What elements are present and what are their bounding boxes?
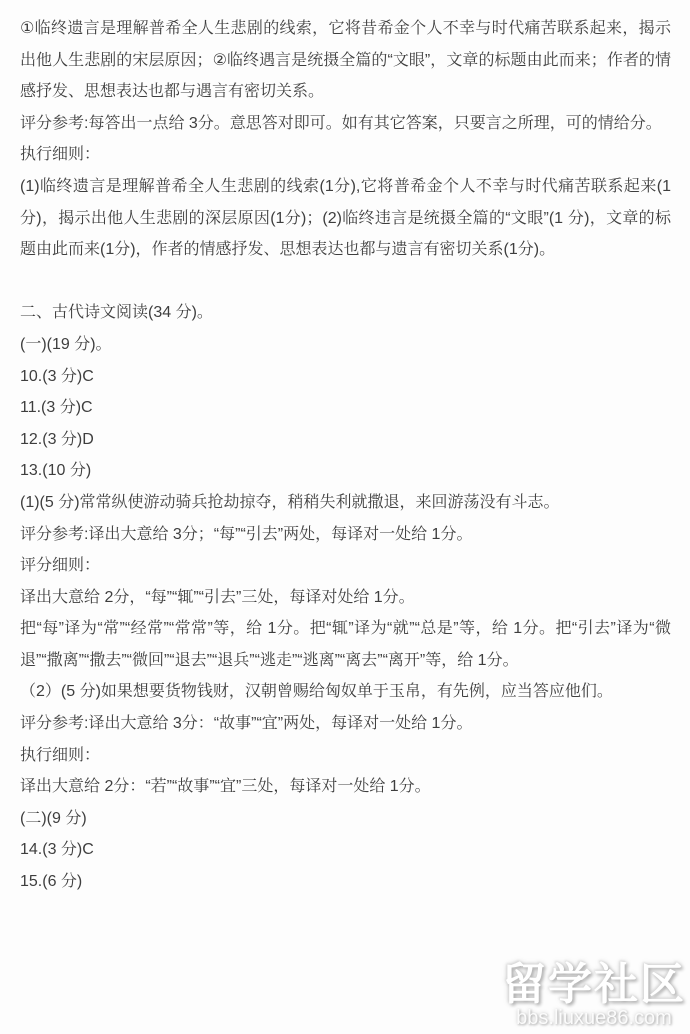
question9-answer-summary: ①临终遗言是理解普希全人生悲剧的线索，它将昔希金个人不幸与时代痛苦联系起来，揭示… [20, 13, 671, 108]
scoring-reference-q13-2: 评分参考:译出大意给 3分：“故事”“宜”两处，每译对一处给 1分。 [20, 708, 671, 740]
watermark-logo-text: 留学社区 [502, 963, 686, 1007]
execution-rules-heading-q9: 执行细则： [20, 139, 671, 171]
site-watermark: 留学社区 bbs.liuxue86.com [502, 963, 686, 1030]
answer-key-page: ①临终遗言是理解普希全人生悲剧的线索，它将昔希金个人不幸与时代痛苦联系起来，揭示… [0, 0, 690, 1034]
scoring-rules-heading-q13-1: 评分细则： [20, 550, 671, 582]
answer-q14: 14.(3 分)C [20, 834, 671, 866]
document-body: ①临终遗言是理解普希全人生悲剧的线索，它将昔希金个人不幸与时代痛苦联系起来，揭示… [0, 0, 690, 898]
scoring-reference-q9: 评分参考:每答出一点给 3分。意思答对即可。如有其它答案，只要言之所理，可的情给… [20, 108, 671, 140]
q13-translation-2: （2）(5 分)如果想要货物钱财，汉朝曾赐给匈奴单于玉帛，有先例，应当答应他们。 [20, 676, 671, 708]
answer-q11: 11.(3 分)C [20, 392, 671, 424]
execution-rules-heading-q13-2: 执行细则： [20, 740, 671, 772]
watermark-site-url: bbs.liuxue86.com [502, 1007, 686, 1030]
scoring-detail-q13-1a: 译出大意给 2分，“每”“辄”“引去”三处，每译对处给 1分。 [20, 582, 671, 614]
scoring-reference-q13-1: 评分参考:译出大意给 3分；“每”“引去”两处，每译对一处给 1分。 [20, 519, 671, 551]
answer-q10: 10.(3 分)C [20, 361, 671, 393]
answer-q13-heading: 13.(10 分) [20, 455, 671, 487]
scoring-detail-q13-2: 译出大意给 2分：“若”“故事”“宜”三处，每译对一处给 1分。 [20, 771, 671, 803]
subsection-one-heading: (一)(19 分)。 [20, 329, 671, 361]
detailed-scoring-q9: (1)临终遗言是理解普希全人生悲剧的线索(1分),它将普希金个人不幸与时代痛苦联… [20, 171, 671, 266]
subsection-two-heading: (二)(9 分) [20, 803, 671, 835]
scoring-detail-q13-1b: 把“每”译为“常”“经常”“常常”等，给 1分。把“辄”译为“就”“总是”等，给… [20, 613, 671, 676]
answer-q15-heading: 15.(6 分) [20, 866, 671, 898]
section-two-heading: 二、古代诗文阅读(34 分)。 [20, 297, 671, 329]
answer-q12: 12.(3 分)D [20, 424, 671, 456]
q13-translation-1: (1)(5 分)常常纵使游动骑兵抢劫掠夺，稍稍失利就撒退，来回游荡没有斗志。 [20, 487, 671, 519]
